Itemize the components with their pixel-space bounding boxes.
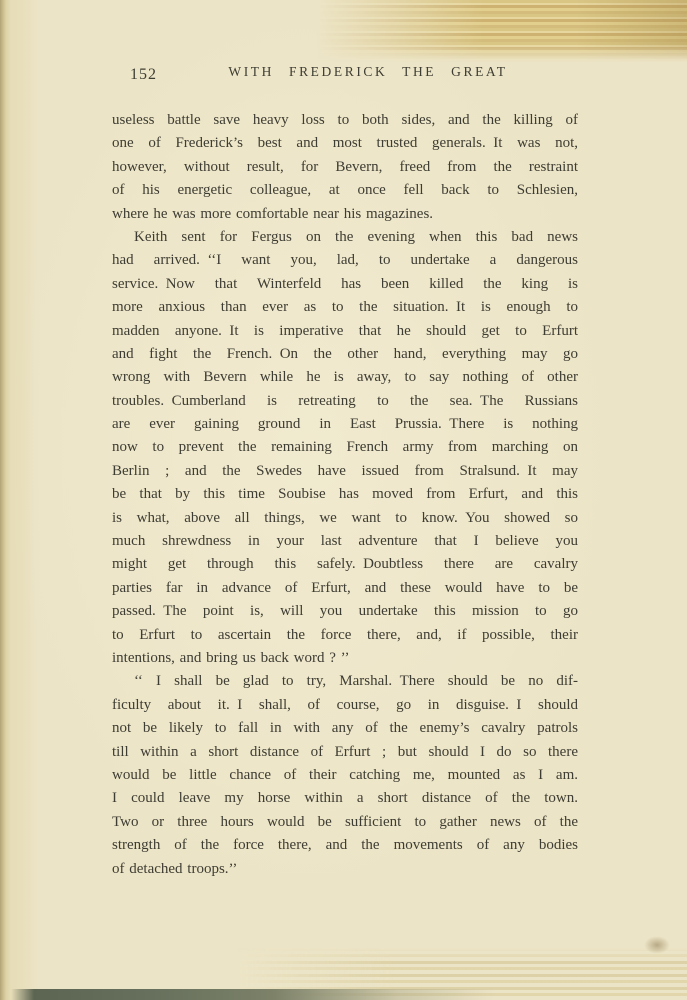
text-line: I could leave my horse within a short di… — [112, 787, 578, 810]
text-line: are ever gaining ground in East Prussia.… — [112, 413, 578, 436]
text-line: troubles. Cumberland is retreating to th… — [112, 390, 578, 413]
text-line: till within a short distance of Erfurt ;… — [112, 741, 578, 764]
text-line: Two or three hours would be sufficient t… — [112, 811, 578, 834]
paragraph: ‘‘ I shall be glad to try, Marshal. Ther… — [112, 670, 578, 881]
book-cover-edge — [0, 989, 687, 1000]
text-line: of his energetic colleague, at once fell… — [112, 179, 578, 202]
text-line: much shrewdness in your last adventure t… — [112, 530, 578, 553]
text-line: now to prevent the remaining French army… — [112, 436, 578, 459]
text-line: however, without result, for Bevern, fre… — [112, 156, 578, 179]
page-edges-top — [317, 0, 687, 62]
running-title: WITH FREDERICK THE GREAT — [112, 64, 578, 80]
text-line: one of Frederick’s best and most trusted… — [112, 132, 578, 155]
page-number: 152 — [130, 66, 157, 84]
text-line: is what, above all things, we want to kn… — [112, 507, 578, 530]
text-line: Keith sent for Fergus on the evening whe… — [112, 226, 578, 249]
text-line: ficulty about it. I shall, of course, go… — [112, 694, 578, 717]
text-line: intentions, and bring us back word ? ’’ — [112, 647, 578, 670]
text-line: service. Now that Winterfeld has been ki… — [112, 273, 578, 296]
text-line: to Erfurt to ascertain the force there, … — [112, 624, 578, 647]
page-content: 152 WITH FREDERICK THE GREAT useless bat… — [112, 60, 578, 881]
text-line: and fight the French. On the other hand,… — [112, 343, 578, 366]
text-line: more anxious than ever as to the situati… — [112, 296, 578, 319]
text-line: might get through this safely. Doubtless… — [112, 553, 578, 576]
text-line: madden anyone. It is imperative that he … — [112, 320, 578, 343]
smudge-mark — [644, 936, 670, 954]
paragraph: useless battle save heavy loss to both s… — [112, 109, 578, 226]
text-line: would be little chance of their catching… — [112, 764, 578, 787]
text-line: parties far in advance of Erfurt, and th… — [112, 577, 578, 600]
page-gutter-shadow — [0, 0, 34, 1000]
text-line: ‘‘ I shall be glad to try, Marshal. Ther… — [112, 670, 578, 693]
text-line: passed. The point is, will you undertake… — [112, 600, 578, 623]
running-header: 152 WITH FREDERICK THE GREAT — [112, 64, 578, 88]
text-line: had arrived. ‘‘I want you, lad, to under… — [112, 249, 578, 272]
text-line: useless battle save heavy loss to both s… — [112, 109, 578, 132]
text-line: Berlin ; and the Swedes have issued from… — [112, 460, 578, 483]
text-line: of detached troops.’’ — [112, 858, 578, 881]
paragraph: Keith sent for Fergus on the evening whe… — [112, 226, 578, 670]
book-page-scan: 152 WITH FREDERICK THE GREAT useless bat… — [0, 0, 687, 1000]
text-line: where he was more comfortable near his m… — [112, 203, 578, 226]
text-line: be that by this time Soubise has moved f… — [112, 483, 578, 506]
text-line: strength of the force there, and the mov… — [112, 834, 578, 857]
text-line: wrong with Bevern while he is away, to s… — [112, 366, 578, 389]
text-line: not be likely to fall in with any of the… — [112, 717, 578, 740]
page-text: useless battle save heavy loss to both s… — [112, 109, 578, 881]
